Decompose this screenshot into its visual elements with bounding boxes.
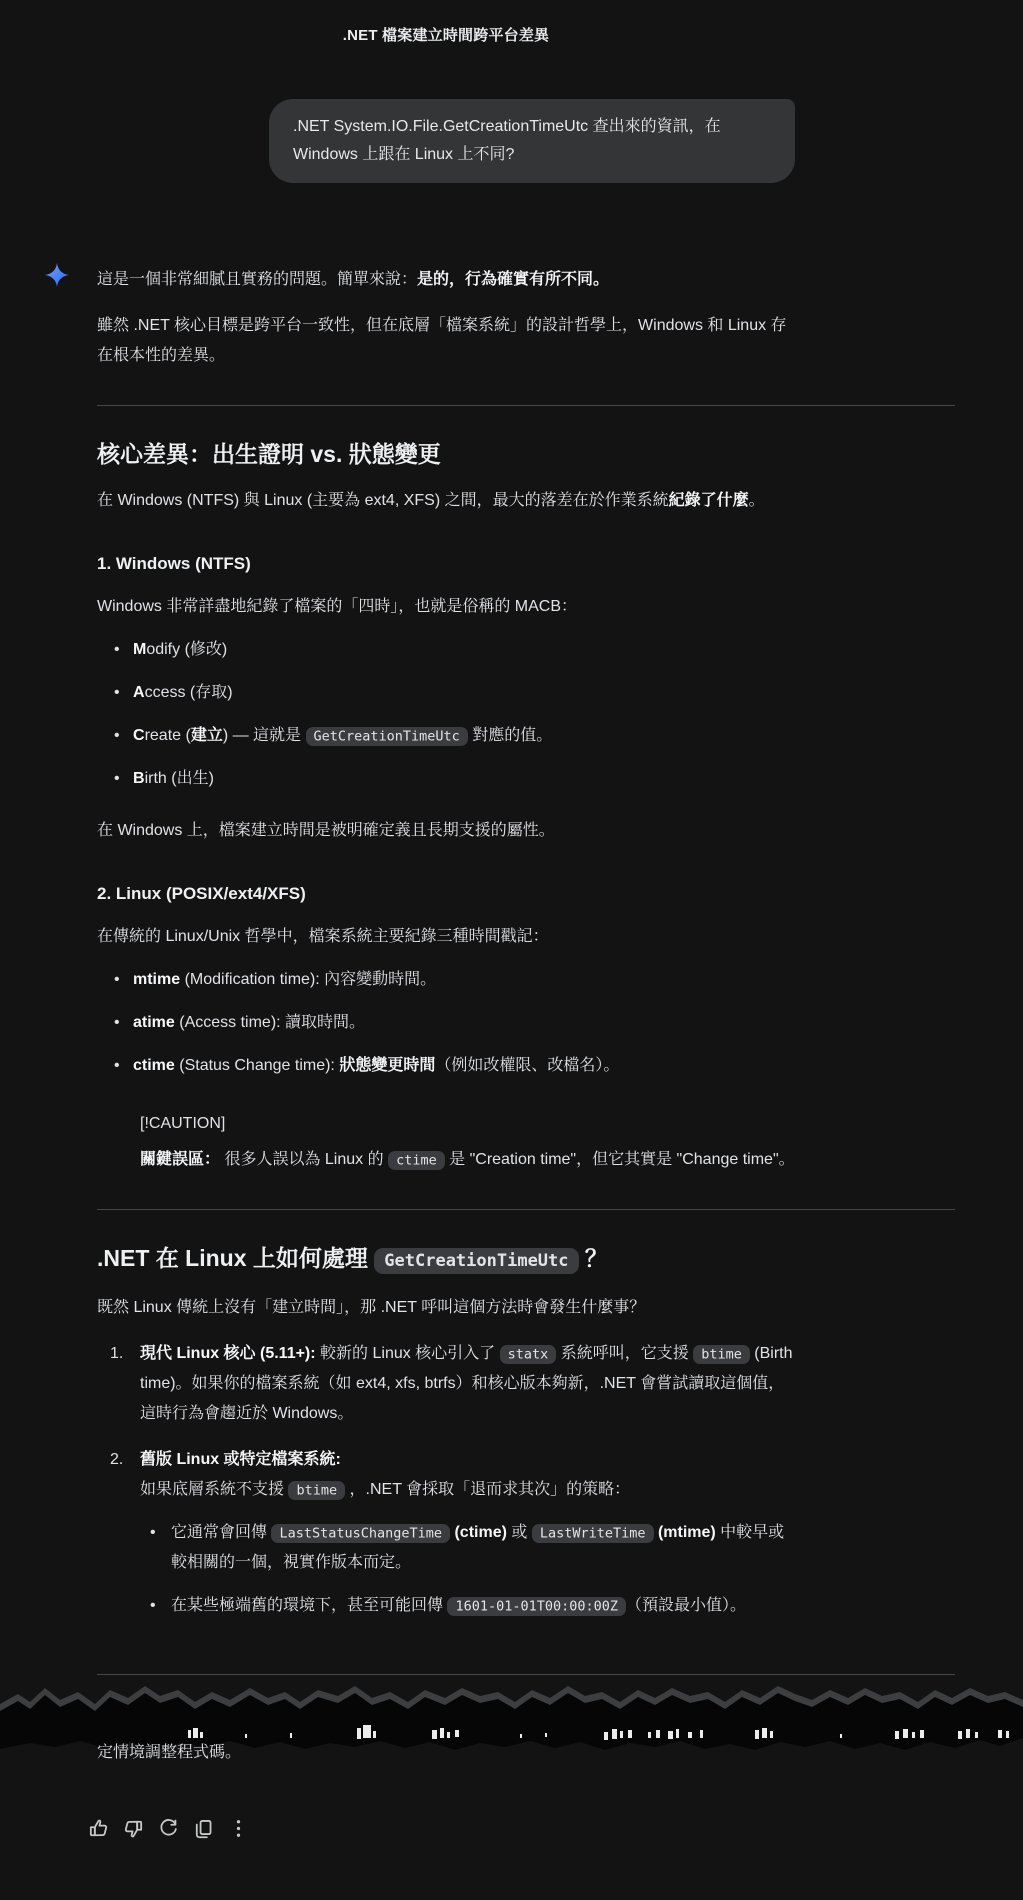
inline-code-chip: btime [288, 1481, 345, 1500]
inline-code-chip: 1601-01-01T00:00:00Z [447, 1597, 626, 1616]
list-item: mtime (Modification time): 內容變動時間。 [97, 965, 795, 995]
list-item-title: 舊版 Linux 或特定檔案系統: [140, 1445, 795, 1475]
user-message-row: .NET System.IO.File.GetCreationTimeUtc 查… [45, 99, 955, 183]
conversation-title: .NET 檔案建立時間跨平台差異 [97, 24, 795, 45]
fallback-sublist: 它通常會回傳 LastStatusChangeTime (ctime) 或 La… [140, 1518, 795, 1621]
caution-body: 關鍵誤區： 很多人誤以為 Linux 的 ctime 是 "Creation t… [140, 1145, 795, 1175]
list-item: Modify (修改) [97, 635, 795, 665]
regenerate-button[interactable] [156, 1816, 180, 1840]
assistant-avatar [45, 257, 97, 1637]
assistant-response-row: 這是一個非常細膩且實務的問題。簡單來說：是的，行為確實有所不同。 雖然 .NET… [45, 257, 955, 1637]
gemini-sparkle-icon [45, 263, 69, 287]
list-item: 現代 Linux 核心 (5.11+): 較新的 Linux 核心引入了 sta… [97, 1339, 795, 1429]
caution-callout: [!CAUTION] 關鍵誤區： 很多人誤以為 Linux 的 ctime 是 … [140, 1109, 795, 1175]
subsection-heading: 1. Windows (NTFS) [97, 552, 795, 576]
behavior-ordered-list: 現代 Linux 核心 (5.11+): 較新的 Linux 核心引入了 sta… [97, 1339, 795, 1621]
timestamps-list: mtime (Modification time): 內容變動時間。 atime… [97, 965, 795, 1081]
subsection-heading: 2. Linux (POSIX/ext4/XFS) [97, 882, 795, 906]
copy-button[interactable] [191, 1816, 215, 1840]
list-item: atime (Access time): 讀取時間。 [97, 1008, 795, 1038]
more-vert-icon [228, 1818, 249, 1839]
list-item: 它通常會回傳 LastStatusChangeTime (ctime) 或 La… [140, 1518, 795, 1578]
list-item: Birth (出生) [97, 764, 795, 794]
divider [97, 1209, 955, 1210]
inline-code-chip: btime [693, 1345, 750, 1364]
thumbs-up-button[interactable] [86, 1816, 110, 1840]
inline-code-chip: LastStatusChangeTime [271, 1524, 450, 1543]
assistant-response-content: 這是一個非常細膩且實務的問題。簡單來說：是的，行為確實有所不同。 雖然 .NET… [97, 257, 795, 1637]
caution-tag: [!CAUTION] [140, 1109, 795, 1139]
inline-code-chip: GetCreationTimeUtc [374, 1248, 578, 1274]
inline-code-chip: statx [500, 1345, 557, 1364]
section-heading: 核心差異：出生證明 vs. 狀態變更 [97, 438, 795, 470]
thumbs-up-icon [88, 1818, 109, 1839]
response-action-bar [86, 1816, 250, 1840]
list-item: ctime (Status Change time): 狀態變更時間（例如改權限… [97, 1051, 795, 1081]
regenerate-icon [158, 1818, 179, 1839]
divider [97, 1674, 955, 1675]
list-item-body: 如果底層系統不支援 btime ，.NET 會採取「退而求其次」的策略： [140, 1475, 795, 1505]
thumbs-down-icon [123, 1818, 144, 1839]
user-message-text: .NET System.IO.File.GetCreationTimeUtc 查… [293, 118, 721, 163]
paragraph: 在 Windows 上，檔案建立時間是被明確定義且長期支援的屬性。 [97, 816, 795, 846]
truncated-paragraph: 定情境調整程式碼。 [97, 1738, 795, 1768]
section-heading: .NET 在 Linux 上如何處理 GetCreationTimeUtc ？ [97, 1242, 795, 1277]
thumbs-down-button[interactable] [121, 1816, 145, 1840]
response-tail: 定情境調整程式碼。 [0, 1658, 1023, 1900]
list-item: 舊版 Linux 或特定檔案系統: 如果底層系統不支援 btime ，.NET … [97, 1445, 795, 1621]
list-item: Access (存取) [97, 678, 795, 708]
inline-code-chip: ctime [388, 1151, 445, 1170]
list-item: Create (建立) — 這就是 GetCreationTimeUtc 對應的… [97, 721, 795, 751]
paragraph: 雖然 .NET 核心目標是跨平台一致性，但在底層「檔案系統」的設計哲學上，Win… [97, 311, 795, 371]
macb-list: Modify (修改) Access (存取) Create (建立) — 這就… [97, 635, 795, 794]
paragraph: 這是一個非常細膩且實務的問題。簡單來說：是的，行為確實有所不同。 [97, 265, 795, 295]
paragraph: Windows 非常詳盡地紀錄了檔案的「四時」，也就是俗稱的 MACB： [97, 592, 795, 622]
inline-code-chip: GetCreationTimeUtc [306, 727, 468, 746]
divider [97, 405, 955, 406]
list-item: 在某些極端舊的環境下，甚至可能回傳 1601-01-01T00:00:00Z（預… [140, 1591, 795, 1621]
more-options-button[interactable] [226, 1816, 250, 1840]
paragraph: 在 Windows (NTFS) 與 Linux (主要為 ext4, XFS)… [97, 486, 795, 516]
copy-icon [193, 1818, 214, 1839]
paragraph: 在傳統的 Linux/Unix 哲學中，檔案系統主要紀錄三種時間戳記： [97, 922, 795, 952]
paragraph: 既然 Linux 傳統上沒有「建立時間」，那 .NET 呼叫這個方法時會發生什麼… [97, 1293, 795, 1323]
user-message-bubble: .NET System.IO.File.GetCreationTimeUtc 查… [269, 99, 795, 183]
inline-code-chip: LastWriteTime [532, 1524, 654, 1543]
